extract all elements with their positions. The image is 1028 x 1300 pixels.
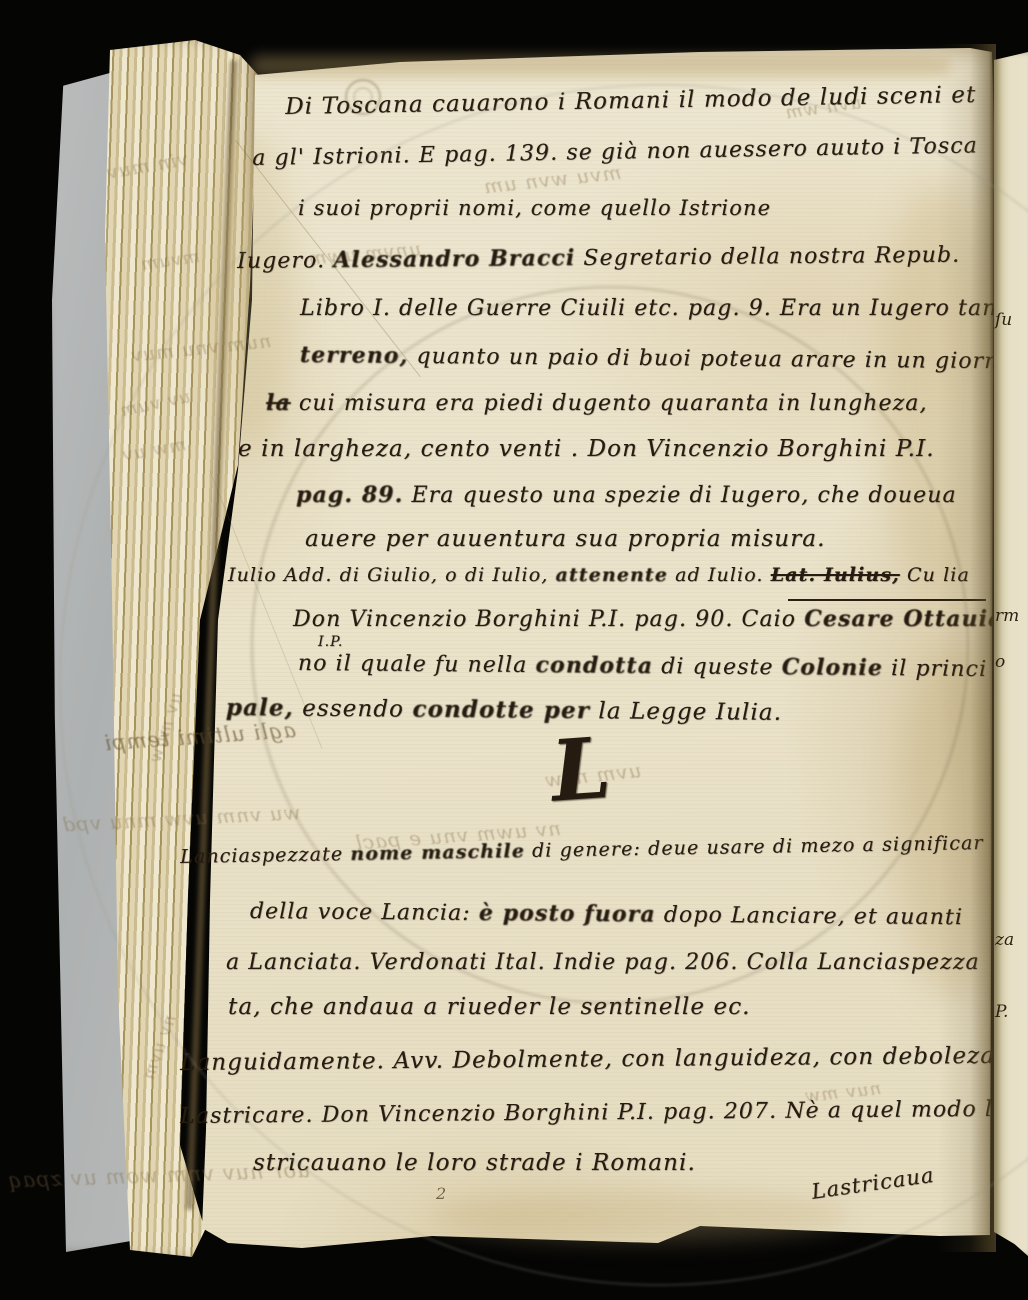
manuscript-text: Segretario della nostra Repub. [575,243,960,271]
next-page-ink-mark: ſu [995,310,1012,330]
next-page-ink-mark: rm [995,606,1019,626]
manuscript-text: la Legge Iulia. [590,698,782,726]
manuscript-line: e in largheza, cento venti . Don Vincenz… [238,436,935,462]
manuscript-text: è posto fuora [479,900,656,928]
manuscript-text: Iugero. [237,248,333,274]
manuscript-line: Don Vincenzio Borghini P.I. pag. 90. Cai… [293,606,1003,632]
manuscript-line: I.P. [318,634,343,650]
manuscript-text: Alessandro Bracci [333,245,575,273]
manuscript-line: la cui misura era piedi dugento quaranta… [266,390,928,416]
manuscript-line: auere per auuentura sua propria misura. [305,526,826,552]
manuscript-line: a Lanciata. Verdonati Ital. Indie pag. 2… [226,950,980,975]
manuscript-text: a Lanciata. Verdonati Ital. Indie pag. 2… [226,950,980,975]
manuscript-text: attenente [556,564,668,586]
manuscript-text: Lat. Iulius, [771,564,900,586]
manuscript-text: Lanciaspezzate [180,843,351,868]
manuscript-line: stricauano le loro strade i Romani. [253,1150,696,1176]
manuscript-text: pale, [226,694,294,722]
next-page-ink-mark: za [995,930,1014,950]
gutter-fold-shadow [938,44,996,1252]
manuscript-text: no il quale fu nella [298,651,536,678]
manuscript-text: ta, che andaua a riueder le sentinelle e… [228,994,751,1020]
manuscript-line: pale, essendo condotte per la Legge Iuli… [226,694,782,726]
manuscript-text: pag. 89. [296,482,403,508]
manuscript-text: dopo Lanciare, et auanti [656,903,964,931]
next-page-ink-mark: d [995,1240,1006,1256]
manuscript-photo: vin muvmvumunvm uwmmvu wvn umuv vummw uv… [0,0,1028,1300]
manuscript-text: nome maschile [350,840,525,865]
manuscript-text: di queste [653,654,782,680]
manuscript-text: quanto un paio di buoi poteua arare in u… [408,344,1014,374]
manuscript-text: Era questo una spezie di Iugero, che dou… [403,483,956,508]
manuscript-line: L [548,718,615,821]
manuscript-text: della voce Lancia: [250,899,479,926]
manuscript-text: e in largheza, cento venti . Don Vincenz… [238,436,935,462]
manuscript-line: pag. 89. Era questo una spezie di Iugero… [296,482,957,508]
manuscript-text: I.P. [318,634,343,650]
manuscript-line: 2 [436,1184,447,1203]
manuscript-text: L [548,718,615,821]
manuscript-text: Iulio Add. di Giulio, o di Iulio, [228,564,556,586]
manuscript-line: Libro I. delle Guerre Ciuili etc. pag. 9… [300,296,997,321]
manuscript-text: essendo [294,696,413,723]
manuscript-text: Don Vincenzio Borghini P.I. pag. 90. Cai… [293,607,804,632]
manuscript-text: Colonie [782,654,883,681]
manuscript-line: ta, che andaua a riueder le sentinelle e… [228,994,751,1020]
manuscript-text: auere per auuentura sua propria misura. [305,526,826,552]
next-page-edge: ſurmozaP.d [994,52,1028,1256]
manuscript-text: la [266,390,291,416]
manuscript-line: i suoi proprii nomi, come quello Istrion… [298,196,771,220]
manuscript-text: Libro I. delle Guerre Ciuili etc. pag. 9… [300,296,997,321]
manuscript-text: ad Iulio. [668,564,771,586]
manuscript-text: stricauano le loro strade i Romani. [253,1150,696,1176]
next-page-ink-mark: o [995,652,1005,672]
manuscript-text: 2 [436,1184,447,1203]
manuscript-text: cui misura era piedi dugento quaranta in… [291,391,928,416]
manuscript-text: terreno, [300,342,409,369]
manuscript-text: i suoi proprii nomi, come quello Istrion… [298,196,771,220]
next-page-ink-mark: P. [995,1002,1008,1022]
manuscript-text: condotta [535,652,653,679]
manuscript-line: Iulio Add. di Giulio, o di Iulio, attene… [228,564,970,586]
